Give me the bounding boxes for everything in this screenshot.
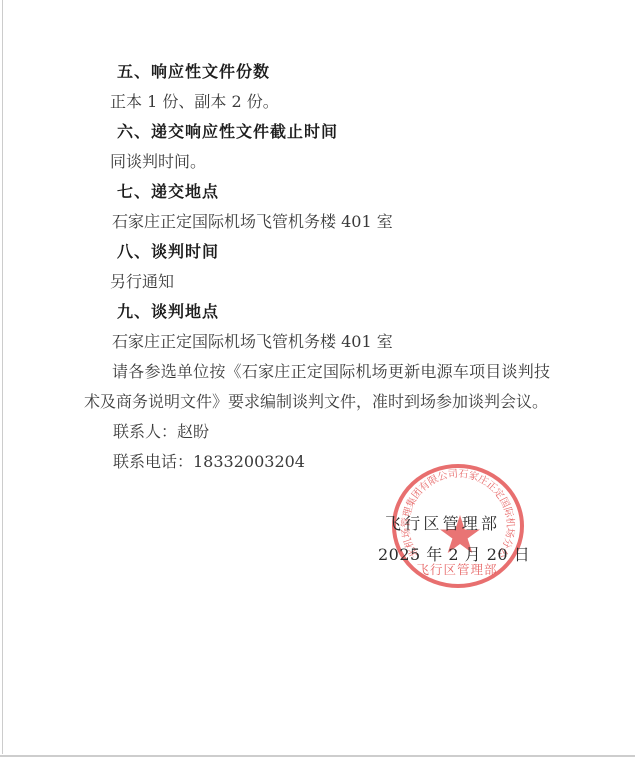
document-page: { "page": { "background": "#ffffff", "ed…	[0, 0, 635, 763]
page-bottom-edge	[0, 755, 635, 757]
negotiation-time-line: 另行通知	[110, 267, 550, 297]
page-left-edge	[2, 0, 3, 754]
section-heading-7: 七、递交地点	[117, 177, 550, 207]
instructions-paragraph: 请各参选单位按《石家庄正定国际机场更新电源车项目谈判技术及商务说明文件》要求编制…	[84, 357, 550, 417]
section-heading-5: 五、响应性文件份数	[117, 57, 550, 87]
submission-address-line: 石家庄正定国际机场飞管机务楼 401 室	[112, 207, 550, 237]
document-body: 五、响应性文件份数 正本 1 份、副本 2 份。 六、递交响应性文件截止时间 同…	[84, 57, 550, 477]
section-heading-8: 八、谈判时间	[117, 237, 550, 267]
deadline-line: 同谈判时间。	[110, 147, 550, 177]
section-heading-6: 六、递交响应性文件截止时间	[117, 117, 550, 147]
negotiation-address-line: 石家庄正定国际机场飞管机务楼 401 室	[112, 327, 550, 357]
copies-line: 正本 1 份、副本 2 份。	[110, 87, 550, 117]
signature-date: 2025 年 2 月 20 日	[378, 542, 530, 565]
signature-department: 飞行区管理部	[385, 511, 500, 534]
section-heading-9: 九、谈判地点	[117, 297, 550, 327]
